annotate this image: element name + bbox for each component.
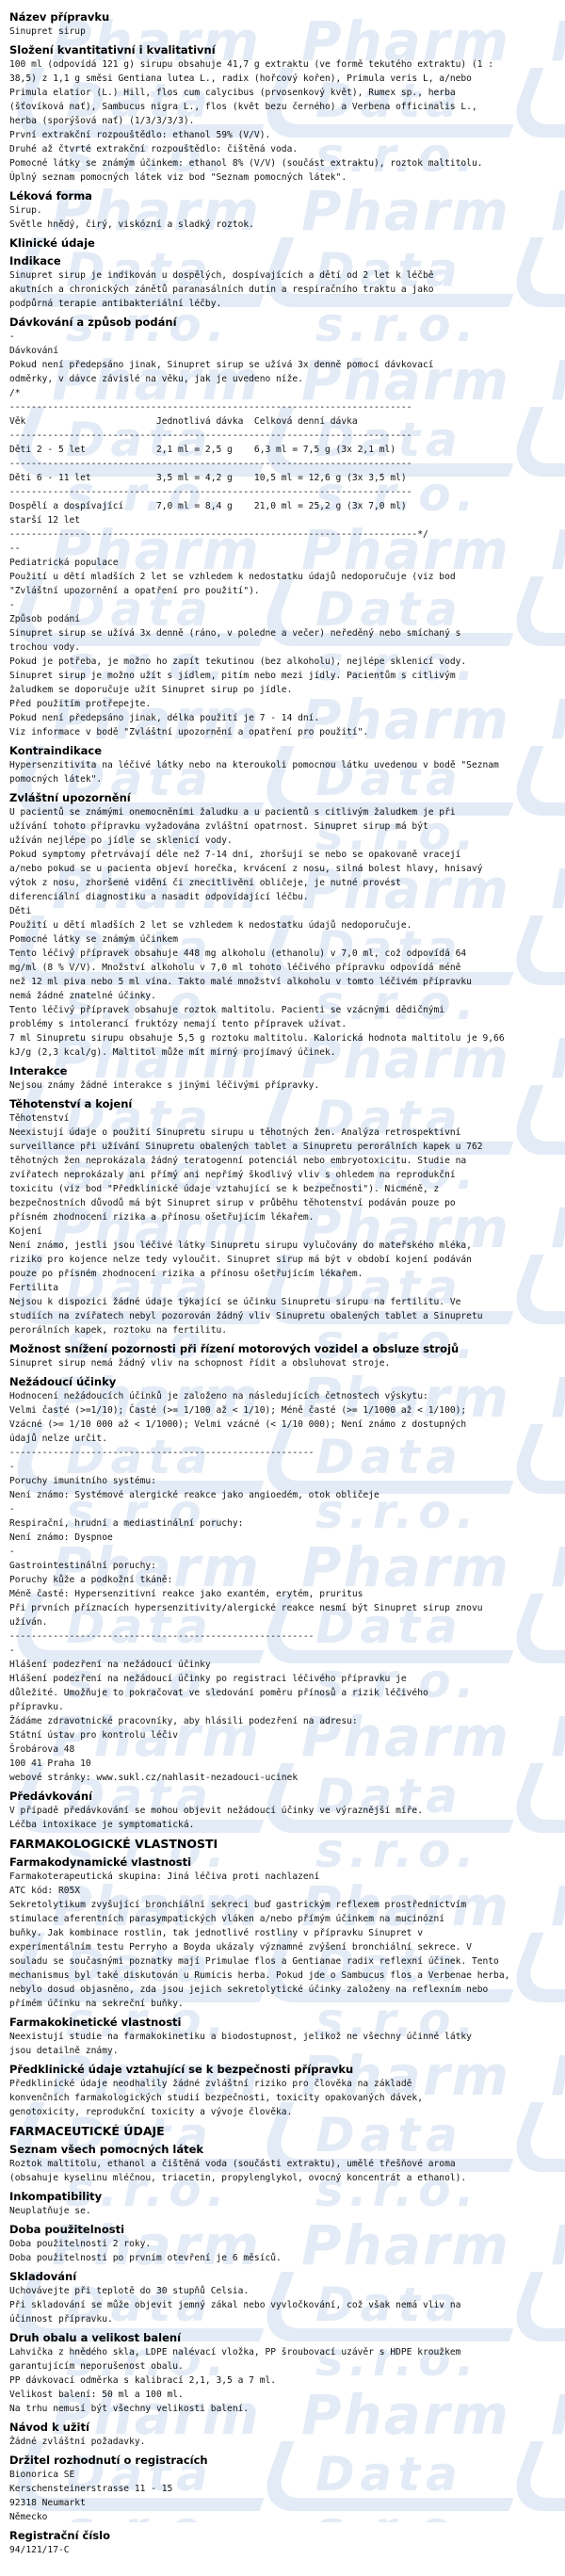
text-line: Sinupret sirup <box>9 24 556 39</box>
text-line: riziko pro kojence nelze tedy vyloučit. … <box>9 1253 556 1267</box>
text-line: 7 ml Sinupretu sirupu obsahuje 5,5 g roz… <box>9 1031 556 1045</box>
text-line: Fertilita <box>9 1281 556 1295</box>
text-line: Velikost balení: 50 ml a 100 ml. <box>9 2388 556 2402</box>
text-line: Léčba intoxikace je symptomatická. <box>9 1818 556 1832</box>
text-line: Sirup. <box>9 203 556 218</box>
text-line: "Zvláštní upozornění a opatření pro použ… <box>9 584 556 598</box>
document-section: Název přípravku Sinupret sirup <box>9 10 556 39</box>
text-line: ----------------------------------------… <box>9 1446 556 1460</box>
text-line: problémy s intolerancí fruktózy nemají t… <box>9 1017 556 1031</box>
text-line: Děti 6 - 11 let 3,5 ml = 4,2 g 10,5 ml =… <box>9 471 556 485</box>
document-section: Farmakodynamické vlastnosti Farmakoterap… <box>9 1855 556 2011</box>
section-heading: Seznam všech pomocných látek <box>9 2143 556 2156</box>
text-line: ATC kód: R05X <box>9 1884 556 1898</box>
text-line: podpůrná terapie antibakteriální léčby. <box>9 297 556 311</box>
text-line: Těhotenství <box>9 1111 556 1126</box>
text-line: Sinupret sirup se užívá 3x denně (ráno, … <box>9 626 556 640</box>
section-text: 94/121/17-C <box>9 2543 556 2557</box>
text-line: Dávkování <box>9 344 556 358</box>
text-line: konvenčních farmakologických studií bezp… <box>9 2091 556 2105</box>
text-line: Hlášení podezření na nežádoucí účinky po… <box>9 1672 556 1686</box>
text-line: Pokud je potřeba, je možno ho zapít teku… <box>9 655 556 669</box>
section-heading: Klinické údaje <box>9 236 556 250</box>
text-line: (šťovíková nať), Sambucus nigra L., flos… <box>9 100 556 114</box>
document-section: Doba použitelnosti Doba použitelnosti 2 … <box>9 2223 556 2265</box>
text-line: - <box>9 1502 556 1516</box>
text-line: perorálních kapek, roztoku na fertilitu. <box>9 1323 556 1337</box>
section-text: Roztok maltitolu, ethanol a čištěná voda… <box>9 2157 556 2185</box>
text-line: užíván nejlépe po jídle se sklenicí vody… <box>9 834 556 848</box>
text-line: - <box>9 1460 556 1474</box>
text-line: (obsahuje kyselinu mléčnou, triacetin, p… <box>9 2171 556 2185</box>
text-line: Světle hnědý, čirý, viskózní a sladký ro… <box>9 218 556 232</box>
text-line: mg/ml (8 % V/V). Množství alkoholu v 7,0… <box>9 961 556 975</box>
text-line: Poruchy imunitního systému: <box>9 1474 556 1488</box>
document-section: Držitel rozhodnutí o registracích Bionor… <box>9 2454 556 2524</box>
text-line: akutních a chronických zánětů paranasáln… <box>9 283 556 297</box>
text-line: toxicitu (viz bod "Předklinické údaje vz… <box>9 1182 556 1196</box>
text-line: - <box>9 1644 556 1658</box>
section-heading: Skladování <box>9 2270 556 2283</box>
section-text: Doba použitelnosti 2 roky.Doba použiteln… <box>9 2237 556 2265</box>
text-line: Předklinické údaje neodhalily žádné zvlá… <box>9 2077 556 2091</box>
document-section: Předklinické údaje vztahující se k bezpe… <box>9 2063 556 2119</box>
text-line: Státní ústav pro kontrolu léčiv <box>9 1728 556 1742</box>
section-text: Předklinické údaje neodhalily žádné zvlá… <box>9 2077 556 2119</box>
section-heading: Indikace <box>9 254 556 267</box>
text-line: Není známo: Systémové alergické reakce j… <box>9 1488 556 1502</box>
text-line: Hlášení podezření na nežádoucí účinky <box>9 1658 556 1672</box>
section-heading: Předklinické údaje vztahující se k bezpe… <box>9 2063 556 2076</box>
text-line: Pokud není předepsáno jinak, délka použi… <box>9 711 556 725</box>
text-line: Děti 2 - 5 let 2,1 ml = 2,5 g 6,3 ml = 7… <box>9 443 556 457</box>
section-text: Sirup.Světle hnědý, čirý, viskózní a sla… <box>9 203 556 232</box>
text-line: Tento léčivý přípravek obsahuje roztok m… <box>9 1003 556 1017</box>
document-section: Klinické údaje <box>9 236 556 250</box>
text-line: Kojení <box>9 1224 556 1239</box>
section-text: U pacientů se známými onemocněními žalud… <box>9 805 556 1060</box>
text-line: Roztok maltitolu, ethanol a čištěná voda… <box>9 2157 556 2171</box>
text-line: Neexistují studie na farmakokinetiku a b… <box>9 2030 556 2044</box>
section-heading: Registrační číslo <box>9 2529 556 2542</box>
text-line: Pomocné látky se známým účinkem <box>9 932 556 947</box>
section-heading: Farmakokinetické vlastnosti <box>9 2016 556 2029</box>
text-line: užíván. <box>9 1615 556 1629</box>
text-line: - <box>9 330 556 344</box>
document-section: Indikace Sinupret sirup je indikován u d… <box>9 254 556 311</box>
document-section: Registrační číslo 94/121/17-C <box>9 2529 556 2557</box>
section-text: Sinupret sirup <box>9 24 556 39</box>
text-line: Primula elatior (L.) Hill, flos cum caly… <box>9 86 556 100</box>
text-line: buňky. Jak kombinace rostlin, tak jednot… <box>9 1926 556 1940</box>
text-line: Viz informace v bodě "Zvláštní upozorněn… <box>9 725 556 739</box>
text-line: jsou detailně známy. <box>9 2044 556 2058</box>
text-line: zvířatech neprokázaly ani přímý ani nepř… <box>9 1168 556 1182</box>
text-line: Dospělí a dospívající 7,0 ml = 8,4 g 21,… <box>9 499 556 513</box>
document-section: FARMACEUTICKÉ ÚDAJE <box>9 2125 556 2138</box>
text-line: Vzácné (>= 1/10 000 až < 1/1000); Velmi … <box>9 1418 556 1432</box>
text-line: Neexistují údaje o použití Sinupretu sir… <box>9 1126 556 1140</box>
text-line: přímém účinku na sekreční buňky. <box>9 1997 556 2011</box>
text-line: mechanismus byl také diskutován u Rumici… <box>9 1968 556 1983</box>
document-body: Název přípravku Sinupret sirup Složení k… <box>0 0 565 2576</box>
section-heading: Inkompatibility <box>9 2190 556 2203</box>
text-line: - <box>9 1545 556 1559</box>
text-line: Před použitím protřepejte. <box>9 697 556 711</box>
section-text: 100 ml (odpovídá 121 g) sirupu obsahuje … <box>9 57 556 185</box>
text-line: herba (sporýšová nať) (1/3/3/3/3). <box>9 114 556 128</box>
document-section: Kontraindikace Hypersenzitivita na léčiv… <box>9 744 556 786</box>
text-line: PP dávkovací odměrka s kalibrací 2,1, 3,… <box>9 2373 556 2388</box>
text-line: Na trhu nemusí být všechny velikosti bal… <box>9 2402 556 2416</box>
text-line: Žádáme zdravotnické pracovníky, aby hlás… <box>9 1714 556 1728</box>
text-line: přípravku. <box>9 1700 556 1714</box>
text-line: Při prvních příznacích hypersenzitivity/… <box>9 1601 556 1615</box>
text-line: bezpečnostních důvodů má být Sinupret si… <box>9 1196 556 1210</box>
section-heading: Název přípravku <box>9 10 556 24</box>
text-line: U pacientů se známými onemocněními žalud… <box>9 805 556 819</box>
text-line: Není známo, jestli jsou léčivé látky Sin… <box>9 1239 556 1253</box>
text-line: Tento léčivý přípravek obsahuje 448 mg a… <box>9 947 556 961</box>
section-text: -DávkováníPokud není předepsáno jinak, S… <box>9 330 556 739</box>
text-line: Druhé až čtvrté extrakční rozpouštědlo: … <box>9 142 556 156</box>
text-line: těhotných žen neprokázala žádný teratoge… <box>9 1154 556 1168</box>
section-text: Nejsou známy žádné interakce s jinými lé… <box>9 1078 556 1093</box>
text-line: údajů nelze určit. <box>9 1432 556 1446</box>
document-section: Předávkování V případě předávkování se m… <box>9 1790 556 1832</box>
section-text: V případě předávkování se mohou objevit … <box>9 1804 556 1832</box>
text-line: Sinupret sirup je indikován u dospělých,… <box>9 268 556 283</box>
section-text: Lahvička z hnědého skla, LDPE nalévací v… <box>9 2345 556 2416</box>
section-heading: FARMAKOLOGICKÉ VLASTNOSTI <box>9 1838 556 1851</box>
text-line: 100 41 Praha 10 <box>9 1757 556 1771</box>
document-section: Druh obalu a velikost balení Lahvička z … <box>9 2331 556 2416</box>
section-text: Neuplatňuje se. <box>9 2204 556 2218</box>
text-line: Věk Jednotlivá dávka Celková denní dávka <box>9 414 556 429</box>
section-heading: Léková forma <box>9 189 556 203</box>
text-line: 100 ml (odpovídá 121 g) sirupu obsahuje … <box>9 57 556 72</box>
document-section: Těhotenství a kojení TěhotenstvíNeexistu… <box>9 1097 556 1337</box>
text-line: Použití u dětí mladších 2 let se vzhlede… <box>9 918 556 932</box>
text-line: ----------------------------------------… <box>9 485 556 499</box>
section-text: Hypersenzitivita na léčivé látky nebo na… <box>9 758 556 786</box>
text-line: kJ/g (2,3 kcal/g). Maltitol může mít mír… <box>9 1045 556 1060</box>
text-line: Sekretolytikum zvyšující bronchiální sek… <box>9 1898 556 1912</box>
text-line: žaludkem se doporučuje užít Sinupret sir… <box>9 683 556 697</box>
section-heading: Držitel rozhodnutí o registracích <box>9 2454 556 2467</box>
text-line: Sinupret sirup nemá žádný vliv na schopn… <box>9 1356 556 1370</box>
section-heading: Předávkování <box>9 1790 556 1803</box>
text-line: Děti <box>9 904 556 918</box>
text-line: Bionorica SE <box>9 2468 556 2482</box>
document-section: Nežádoucí účinky Hodnocení nežádoucích ú… <box>9 1375 556 1785</box>
section-heading: Možnost snížení pozornosti při řízení mo… <box>9 1342 556 1355</box>
section-text: TěhotenstvíNeexistují údaje o použití Si… <box>9 1111 556 1337</box>
section-heading: FARMACEUTICKÉ ÚDAJE <box>9 2125 556 2138</box>
text-line: Při skladování se může objevit jemný zák… <box>9 2298 556 2312</box>
text-line: pouze po přísném zhodnocení rizika a pří… <box>9 1267 556 1281</box>
section-heading: Zvláštní upozornění <box>9 791 556 804</box>
text-line: diferenciální diagnostiku a nasadit odpo… <box>9 890 556 904</box>
section-heading: Složení kvantitativní i kvalitativní <box>9 43 556 57</box>
text-line: ----------------------------------------… <box>9 457 556 471</box>
text-line: Šrobárova 48 <box>9 1742 556 1757</box>
text-line: užívání tohoto přípravku vyžadována zvlá… <box>9 819 556 834</box>
text-line: Gastrointestinální poruchy: <box>9 1559 556 1573</box>
text-line: Úplný seznam pomocných látek viz bod "Se… <box>9 170 556 185</box>
document-section: Návod k užití Žádné zvláštní požadavky. <box>9 2421 556 2449</box>
text-line: Respirační, hrudní a mediastinální poruc… <box>9 1516 556 1531</box>
text-line: souladu se současnými poznatky mají Prim… <box>9 1954 556 1968</box>
text-line: Kerschensteinerstrasse 11 - 15 <box>9 2482 556 2496</box>
text-line: Žádné zvláštní požadavky. <box>9 2435 556 2449</box>
text-line: Použití u dětí mladších 2 let se vzhlede… <box>9 570 556 584</box>
text-line: webové stránky: www.sukl.cz/nahlasit-nez… <box>9 1771 556 1785</box>
text-line: Lahvička z hnědého skla, LDPE nalévací v… <box>9 2345 556 2359</box>
document-section: Zvláštní upozornění U pacientů se známým… <box>9 791 556 1060</box>
text-line: V případě předávkování se mohou objevit … <box>9 1804 556 1818</box>
text-line: než 12 ml piva nebo 5 ml vína. Takto mal… <box>9 975 556 989</box>
text-line: Poruchy kůže a podkožní tkáně: <box>9 1573 556 1587</box>
section-text: Sinupret sirup je indikován u dospělých,… <box>9 268 556 311</box>
text-line: stimulace aferentních parasympatických v… <box>9 1912 556 1926</box>
text-line: 94/121/17-C <box>9 2543 556 2557</box>
section-text: Žádné zvláštní požadavky. <box>9 2435 556 2449</box>
text-line: surveillance při užívání Sinupretu obale… <box>9 1140 556 1154</box>
document-section: Skladování Uchovávejte při teplotě do 30… <box>9 2270 556 2326</box>
text-line: účinnost přípravku. <box>9 2312 556 2326</box>
section-text: Hodnocení nežádoucích účinků je založeno… <box>9 1389 556 1785</box>
text-line: trochou vody. <box>9 640 556 655</box>
text-line: Neuplatňuje se. <box>9 2204 556 2218</box>
text-line: Hodnocení nežádoucích účinků je založeno… <box>9 1389 556 1403</box>
section-text: Uchovávejte při teplotě do 30 stupňů Cel… <box>9 2284 556 2326</box>
text-line: Pediatrická populace <box>9 556 556 570</box>
section-heading: Návod k užití <box>9 2421 556 2434</box>
document-section: Farmakokinetické vlastnosti Neexistují s… <box>9 2016 556 2058</box>
text-line: Způsob podání <box>9 612 556 626</box>
text-line: Není známo: Dyspnoe <box>9 1531 556 1545</box>
section-heading: Farmakodynamické vlastnosti <box>9 1855 556 1869</box>
section-text: Sinupret sirup nemá žádný vliv na schopn… <box>9 1356 556 1370</box>
text-line: - <box>9 598 556 612</box>
text-line: výtok z nosu, zhoršené vidění či znecitl… <box>9 876 556 890</box>
document-section: Složení kvantitativní i kvalitativní 100… <box>9 43 556 185</box>
text-line: nebylo dosud objasněno, zda jsou jejich … <box>9 1983 556 1997</box>
section-text: Farmakoterapeutická skupina: Jiná léčiva… <box>9 1870 556 2011</box>
text-line: důležité. Umožňuje to pokračovat ve sled… <box>9 1686 556 1700</box>
document-section: FARMAKOLOGICKÉ VLASTNOSTI <box>9 1838 556 1851</box>
text-line: Pokud symptomy přetrvávají déle než 7-14… <box>9 848 556 862</box>
text-line: garantujícím neporušenost obalu. <box>9 2359 556 2373</box>
text-line: Sinupret sirup je možno užít s jídlem, p… <box>9 669 556 683</box>
text-line: Doba použitelnosti po prvním otevření je… <box>9 2251 556 2265</box>
text-line: genotoxicity, reprodukční toxicity a výv… <box>9 2105 556 2119</box>
section-heading: Těhotenství a kojení <box>9 1097 556 1110</box>
section-heading: Doba použitelnosti <box>9 2223 556 2236</box>
text-line: Méně časté: Hypersenzitivní reakce jako … <box>9 1587 556 1601</box>
text-line: Doba použitelnosti 2 roky. <box>9 2237 556 2251</box>
text-line: 38,5) z 1,1 g směsi Gentiana lutea L., r… <box>9 72 556 86</box>
text-line: ----------------------------------------… <box>9 527 556 542</box>
section-heading: Nežádoucí účinky <box>9 1375 556 1388</box>
section-heading: Kontraindikace <box>9 744 556 757</box>
text-line: Pokud není předepsáno jinak, Sinupret si… <box>9 358 556 372</box>
text-line: -- <box>9 542 556 556</box>
text-line: nemá žádné znatelné účinky. <box>9 989 556 1003</box>
text-line: ----------------------------------------… <box>9 400 556 414</box>
text-line: přísném zhodnocení rizika a přínosu ošet… <box>9 1210 556 1224</box>
text-line: Hypersenzitivita na léčivé látky nebo na… <box>9 758 556 772</box>
document-section: Léková forma Sirup.Světle hnědý, čirý, v… <box>9 189 556 232</box>
text-line: odměrky, v dávce závislé na věku, jak je… <box>9 372 556 386</box>
section-heading: Interakce <box>9 1064 556 1077</box>
text-line: starší 12 let <box>9 513 556 527</box>
document-section: Inkompatibility Neuplatňuje se. <box>9 2190 556 2218</box>
text-line: Velmi časté (>=1/10); Časté (>= 1/100 až… <box>9 1403 556 1418</box>
text-line: Pomocné látky se známým účinkem: ethanol… <box>9 156 556 170</box>
text-line: Farmakoterapeutická skupina: Jiná léčiva… <box>9 1870 556 1884</box>
text-line: První extrakční rozpouštědlo: ethanol 59… <box>9 128 556 142</box>
document-section: Interakce Nejsou známy žádné interakce s… <box>9 1064 556 1093</box>
document-section: Dávkování a způsob podání -DávkováníPoku… <box>9 316 556 739</box>
text-line: ----------------------------------------… <box>9 1629 556 1644</box>
section-heading: Druh obalu a velikost balení <box>9 2331 556 2344</box>
document-section: Možnost snížení pozornosti při řízení mo… <box>9 1342 556 1370</box>
text-line: Nejsou známy žádné interakce s jinými lé… <box>9 1078 556 1093</box>
text-line: studiích na zvířatech nebyl pozorován žá… <box>9 1309 556 1323</box>
text-line: /* <box>9 386 556 400</box>
document-section: Seznam všech pomocných látek Roztok malt… <box>9 2143 556 2185</box>
text-line: pomocných látek". <box>9 772 556 786</box>
section-heading: Dávkování a způsob podání <box>9 316 556 329</box>
section-text: Neexistují studie na farmakokinetiku a b… <box>9 2030 556 2058</box>
text-line: a/nebo pokud se u pacienta objeví horečk… <box>9 862 556 876</box>
text-line: 92318 Neumarkt <box>9 2496 556 2510</box>
text-line: experimentálním testu Perryho a Boyda uk… <box>9 1940 556 1954</box>
text-line: ----------------------------------------… <box>9 429 556 443</box>
text-line: Uchovávejte při teplotě do 30 stupňů Cel… <box>9 2284 556 2298</box>
text-line: Nejsou k dispozici žádné údaje týkající … <box>9 1295 556 1309</box>
section-text: Bionorica SEKerschensteinerstrasse 11 - … <box>9 2468 556 2524</box>
